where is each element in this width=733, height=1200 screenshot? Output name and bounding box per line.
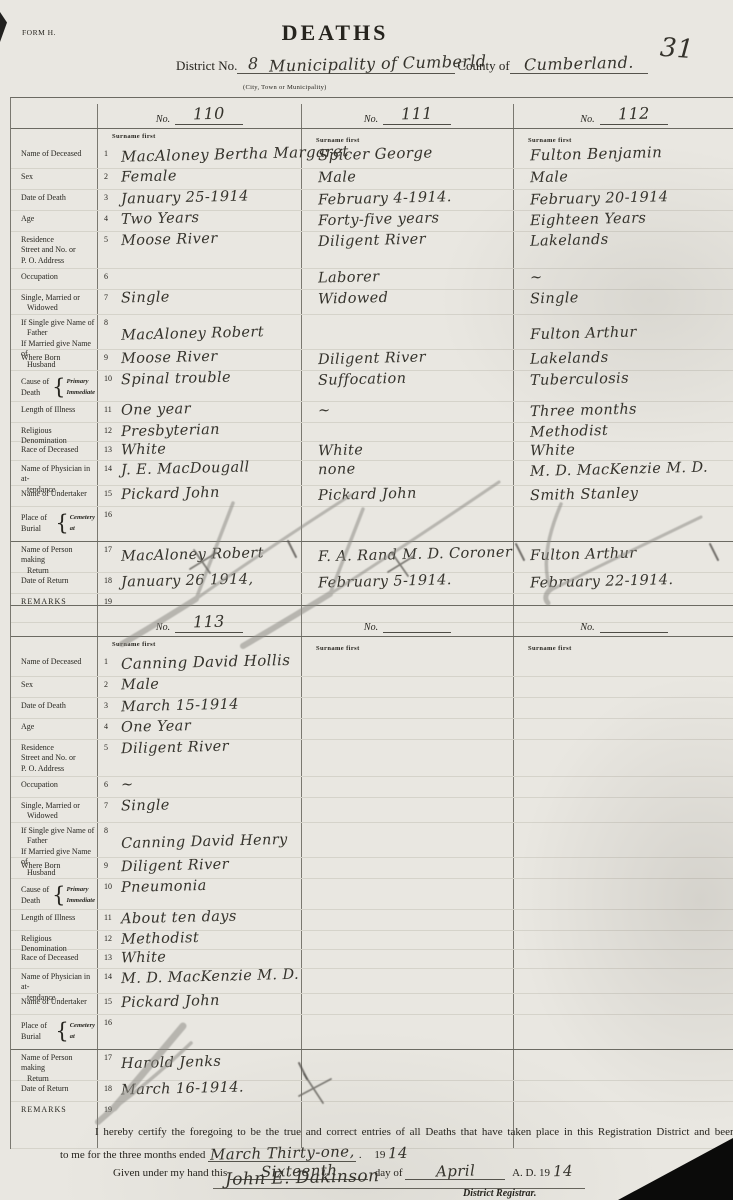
field-value xyxy=(302,981,318,982)
field-value: Spinal trouble xyxy=(117,370,231,389)
row-label-name-of-person-making-return: Name of Person making Return xyxy=(11,542,97,572)
field-value xyxy=(514,824,530,836)
table-row-name-of-undertaker: Name of Undertaker15Pickard John xyxy=(11,994,733,1015)
table-row-cause-of-death: Cause of Death{PrimaryImmediate10Spinal … xyxy=(11,371,733,402)
row-number: 6 xyxy=(98,777,117,789)
field-value: Fulton Benjamin xyxy=(514,144,663,164)
field-value: One year xyxy=(117,401,191,419)
table-row-date-of-return: Date of Return18March 16-1914. xyxy=(11,1081,733,1102)
field-where-born xyxy=(301,858,513,878)
table-row-race-of-deceased: Race of Deceased13White xyxy=(11,950,733,969)
field-sex-110: 2Female xyxy=(97,169,301,189)
table-row-name-of-undertaker: Name of Undertaker15Pickard JohnPickard … xyxy=(11,486,733,507)
record-number-row: No.113No.No. xyxy=(11,606,733,637)
row-number: 16 xyxy=(98,507,117,519)
registrar-label: District Registrar. xyxy=(463,1188,536,1199)
row-label-name-of-undertaker: Name of Undertaker xyxy=(11,486,97,506)
field-name-of-undertaker xyxy=(513,994,733,1014)
row-label-if-single-give-name-of-fathe: If Single give Name of Father If Married… xyxy=(11,315,97,349)
field-value xyxy=(514,731,530,732)
field-value: M. D. MacKenzie M. D. xyxy=(117,967,299,988)
record-number-value: 111 xyxy=(401,104,433,124)
row-label-age: Age xyxy=(11,719,97,739)
field-where-born-113: 9Diligent River xyxy=(97,858,301,878)
field-value: Pickard John xyxy=(117,485,220,504)
field-value xyxy=(117,594,121,595)
field-date-of-return xyxy=(513,1081,733,1101)
field-value xyxy=(302,1027,318,1028)
brace-sub-cemetery: Cemetery xyxy=(70,1021,95,1031)
table-row-name-of-person-making-return: Name of Person making Return17MacAloney … xyxy=(11,542,733,573)
field-place-of-burial-110: 16 xyxy=(97,507,301,541)
row-label-text: Name of Deceased xyxy=(21,149,81,158)
row-label-text: Where Born xyxy=(21,861,60,870)
row-label-residence-street-and-no-or-p: Residence Street and No. or P. O. Addres… xyxy=(11,740,97,776)
district-no-label: District No. xyxy=(176,58,237,74)
table-row-sex: Sex2Male xyxy=(11,677,733,698)
table-row-where-born: Where Born9Diligent River xyxy=(11,858,733,879)
row-label-if-single-give-name-of-fathe: If Single give Name of Father If Married… xyxy=(11,823,97,857)
field-residence-street-and-no-or-p-110: 5Moose River xyxy=(97,232,301,268)
table-row-where-born: Where Born9Moose RiverDiligent RiverLake… xyxy=(11,350,733,371)
returned-line: to me for the three months ended March T… xyxy=(60,1144,408,1162)
row-number: 18 xyxy=(98,573,117,585)
table-row-residence-street-and-no-or-p: Residence Street and No. or P. O. Addres… xyxy=(11,232,733,269)
row-number: 7 xyxy=(98,798,117,810)
row-number: 12 xyxy=(98,423,117,435)
row-label-text: Age xyxy=(21,722,34,731)
field-value: MacAloney Robert xyxy=(117,313,264,344)
table-row-age: Age4One Year xyxy=(11,719,733,740)
row-number: 16 xyxy=(98,1015,117,1027)
field-length-of-illness xyxy=(301,910,513,930)
field-value xyxy=(514,689,530,690)
period-blank: March Thirty-one, xyxy=(208,1144,356,1162)
field-value: Lakelands xyxy=(514,350,609,369)
table-row-length-of-illness: Length of Illness11About ten days xyxy=(11,910,733,931)
field-race-of-deceased-112: White xyxy=(513,442,733,460)
surname-first-hint: Surname first xyxy=(98,637,156,648)
field-value xyxy=(302,1114,318,1115)
row-number: 15 xyxy=(98,994,117,1006)
row-number: 14 xyxy=(98,969,117,981)
row-label-text: Residence Street and No. or P. O. Addres… xyxy=(21,235,76,265)
field-sex xyxy=(301,677,513,697)
row-number: 18 xyxy=(98,1081,117,1093)
field-value xyxy=(302,731,318,732)
field-value xyxy=(514,1006,530,1007)
field-value: February 4-1914. xyxy=(302,189,452,209)
field-value xyxy=(302,519,318,520)
row-number: 1 xyxy=(98,146,117,158)
row-label-name-of-physician-in-at-tend: Name of Physician in at- tendance xyxy=(11,969,97,993)
field-name-of-deceased-111: Spicer George xyxy=(301,146,513,168)
field-value: One Year xyxy=(117,718,191,736)
field-name-of-deceased-113: 1Canning David Hollis xyxy=(97,654,301,676)
field-value: Tuberculosis xyxy=(514,371,629,390)
row-label-text: Place of Burial xyxy=(21,513,53,534)
table-row-residence-street-and-no-or-p: Residence Street and No. or P. O. Addres… xyxy=(11,740,733,777)
field-value: Spicer George xyxy=(302,144,433,164)
field-length-of-illness-110: 11One year xyxy=(97,402,301,422)
field-length-of-illness-113: 11About ten days xyxy=(97,910,301,930)
field-value: Diligent River xyxy=(302,231,426,250)
field-race-of-deceased-110: 13White xyxy=(97,442,301,460)
field-date-of-return-112: February 22-1914. xyxy=(513,573,733,593)
field-place-of-burial xyxy=(513,1015,733,1049)
record-number-cell-111: No.111 xyxy=(301,104,513,128)
row-label-text: Date of Death xyxy=(21,193,66,202)
field-value: Smith Stanley xyxy=(514,485,639,504)
field-occupation-113: 6~ xyxy=(97,777,301,797)
field-value xyxy=(514,789,530,790)
field-place-of-burial-111 xyxy=(301,507,513,541)
field-age xyxy=(301,719,513,739)
row-label-text: Cause of Death xyxy=(21,377,50,398)
row-number: 9 xyxy=(98,350,117,362)
field-age-113: 4One Year xyxy=(97,719,301,739)
field-date-of-death xyxy=(513,698,733,718)
row-number: 3 xyxy=(98,698,117,710)
surname-first-hint: Surname first xyxy=(302,641,360,652)
field-value: Laborer xyxy=(302,269,380,287)
field-age xyxy=(513,719,733,739)
field-occupation-111: Laborer xyxy=(301,269,513,289)
row-label-text: Occupation xyxy=(21,780,58,789)
field-value xyxy=(117,1102,121,1103)
field-cause-of-death-111: Suffocation xyxy=(301,371,513,401)
field-sex-113: 2Male xyxy=(97,677,301,697)
row-label-length-of-illness: Length of Illness xyxy=(11,402,97,422)
surname-first-hint: Surname first xyxy=(98,129,156,140)
table-row-single-married-or-widowed: Single, Married or Widowed7SingleWidowed… xyxy=(11,290,733,315)
record-number-value: 113 xyxy=(193,612,225,632)
field-value: March 16-1914. xyxy=(117,1079,244,1098)
field-if-single-give-name-of-fathe-110: 8MacAloney Robert xyxy=(97,315,301,349)
field-name-of-physician-in-at-tend xyxy=(301,969,513,993)
field-value: Methodist xyxy=(117,930,199,948)
field-name-of-person-making-return xyxy=(513,1050,733,1080)
certify-line: I hereby certify the foregoing to be the… xyxy=(95,1126,733,1138)
brace-glyph: { xyxy=(55,1018,68,1045)
table-row-date-of-return: Date of Return18January 26 1914,February… xyxy=(11,573,733,594)
field-occupation xyxy=(301,777,513,797)
row-label-religious-denomination: Religious Denomination xyxy=(11,931,97,949)
field-remarks-113: 19 xyxy=(97,1102,301,1148)
field-age-110: 4Two Years xyxy=(97,211,301,231)
district-line: District No. 8 Municipality of Cumberld … xyxy=(176,54,648,74)
row-label-age: Age xyxy=(11,211,97,231)
row-label-name-of-deceased: Name of Deceased xyxy=(11,146,97,168)
field-value xyxy=(514,519,530,520)
row-label-text: Residence Street and No. or P. O. Addres… xyxy=(21,743,76,773)
brace-sub-primary: Primary xyxy=(66,885,95,895)
page-number: 31 xyxy=(659,33,695,65)
row-number: 13 xyxy=(98,950,117,962)
brace-sublabels: Cemeteryat xyxy=(70,1021,95,1042)
row-label-name-of-person-making-return: Name of Person making Return xyxy=(11,1050,97,1080)
table-row-religious-denomination: Religious Denomination12PresbyterianMeth… xyxy=(11,423,733,442)
county-blank: Cumberland. xyxy=(510,54,648,74)
table-row-name-of-physician-in-at-tend: Name of Physician in at- tendance14M. D.… xyxy=(11,969,733,994)
table-row-date-of-death: Date of Death3January 25-1914February 4-… xyxy=(11,190,733,211)
field-name-of-physician-in-at-tend-112: M. D. MacKenzie M. D. xyxy=(513,461,733,485)
no-label: No. xyxy=(156,622,170,633)
record-number-cell-113: No.113 xyxy=(97,612,301,636)
field-value: Canning David Henry xyxy=(117,821,288,852)
row-number: 11 xyxy=(98,402,117,414)
row-number: 4 xyxy=(98,719,117,731)
field-religious-denomination-111 xyxy=(301,423,513,441)
field-value xyxy=(514,943,530,944)
row-number: 8 xyxy=(98,823,117,835)
brace-sublabels: PrimaryImmediate xyxy=(66,885,95,906)
registrar-signature: John E. Dakinson xyxy=(225,1166,380,1190)
field-value xyxy=(302,891,318,892)
field-value xyxy=(117,507,121,508)
field-where-born-111: Diligent River xyxy=(301,350,513,370)
brace-sublabels: Cemeteryat xyxy=(70,513,95,534)
field-religious-denomination-110: 12Presbyterian xyxy=(97,423,301,441)
row-number: 7 xyxy=(98,290,117,302)
row-label-text: Length of Illness xyxy=(21,405,75,414)
field-value: MacAloney Robert xyxy=(117,540,264,565)
death-register-page: FORM H. DEATHS 31 District No. 8 Municip… xyxy=(0,0,733,1200)
field-occupation-112: ~ xyxy=(513,269,733,289)
field-value xyxy=(302,870,318,871)
field-religious-denomination-112: Methodist xyxy=(513,423,733,441)
row-label-text: Name of Deceased xyxy=(21,657,81,666)
row-label-length-of-illness: Length of Illness xyxy=(11,910,97,930)
field-name-of-physician-in-at-tend-110: 14J. E. MacDougall xyxy=(97,461,301,485)
field-value: Diligent River xyxy=(117,739,229,758)
field-value xyxy=(514,981,530,982)
table-row-name-of-physician-in-at-tend: Name of Physician in at- tendance14J. E.… xyxy=(11,461,733,486)
field-value xyxy=(514,922,530,923)
record-number-blank xyxy=(383,614,451,633)
field-date-of-return-110: 18January 26 1914, xyxy=(97,573,301,593)
field-value: Forty-five years xyxy=(302,210,440,230)
row-label-text: Race of Deceased xyxy=(21,445,78,454)
field-value: Suffocation xyxy=(302,371,407,390)
field-value: Single xyxy=(514,290,579,308)
field-name-of-physician-in-at-tend-113: 14M. D. MacKenzie M. D. xyxy=(97,969,301,993)
field-name-of-deceased-112: Fulton Benjamin xyxy=(513,146,733,168)
field-value: Fulton Arthur xyxy=(514,314,637,344)
no-label: No. xyxy=(364,622,378,633)
brace-glyph: { xyxy=(52,882,65,909)
field-single-married-or-widowed-112: Single xyxy=(513,290,733,314)
row-label-date-of-death: Date of Death xyxy=(11,190,97,210)
row-label-place-of-burial: Place of Burial{Cemeteryat xyxy=(11,507,97,541)
field-value: Three months xyxy=(514,402,637,421)
surname-first-hint: Surname first xyxy=(514,641,572,652)
field-occupation-110: 6 xyxy=(97,269,301,289)
field-value: February 5-1914. xyxy=(302,572,452,592)
field-value xyxy=(302,1006,318,1007)
field-value: Diligent River xyxy=(117,857,229,876)
row-label-text: Sex xyxy=(21,172,33,181)
record-number-blank xyxy=(600,614,668,633)
field-value: Presbyterian xyxy=(117,422,220,441)
form-label: FORM H. xyxy=(22,28,56,37)
row-label-remarks: REMARKS xyxy=(11,1102,97,1148)
field-date-of-return-111: February 5-1914. xyxy=(301,573,513,593)
field-value: Pneumonia xyxy=(117,878,207,896)
field-value xyxy=(514,810,530,811)
field-value xyxy=(514,1093,530,1094)
row-number: 8 xyxy=(98,315,117,327)
field-value: J. E. MacDougall xyxy=(117,459,250,478)
field-value: Moose River xyxy=(117,231,218,250)
field-value: Male xyxy=(117,676,160,693)
brace-sub-at: at xyxy=(70,1032,95,1042)
field-value: Two Years xyxy=(117,210,200,228)
brace-sublabels: PrimaryImmediate xyxy=(66,377,95,398)
table-row-sex: Sex2FemaleMaleMale xyxy=(11,169,733,190)
field-date-of-death-112: February 20-1914 xyxy=(513,190,733,210)
field-date-of-death xyxy=(301,698,513,718)
field-name-of-deceased xyxy=(513,654,733,676)
row-number: 15 xyxy=(98,486,117,498)
field-name-of-undertaker-112: Smith Stanley xyxy=(513,486,733,506)
brace-sub-primary: Primary xyxy=(66,377,95,387)
county-value: Cumberland. xyxy=(524,53,634,75)
field-value xyxy=(302,689,318,690)
field-occupation xyxy=(513,777,733,797)
row-number: 2 xyxy=(98,677,117,689)
row-label-residence-street-and-no-or-p: Residence Street and No. or P. O. Addres… xyxy=(11,232,97,268)
field-cause-of-death-113: 10Pneumonia xyxy=(97,879,301,909)
row-number: 10 xyxy=(98,879,117,891)
field-value: Lakelands xyxy=(514,232,609,251)
field-value xyxy=(302,943,318,944)
record-number-cell-l-2: No. xyxy=(301,614,513,636)
field-place-of-burial-113: 16 xyxy=(97,1015,301,1049)
field-value xyxy=(514,870,530,871)
record-number-row: No.110No.111No.112 xyxy=(11,98,733,129)
record-number-cell-110: No.110 xyxy=(97,104,301,128)
field-name-of-person-making-return-110: 17MacAloney Robert xyxy=(97,542,301,572)
row-number: 2 xyxy=(98,169,117,181)
row-label-text: Date of Return xyxy=(21,576,69,585)
row-number: 5 xyxy=(98,232,117,244)
field-value: White xyxy=(117,441,167,458)
field-value xyxy=(302,810,318,811)
field-value: January 26 1914, xyxy=(117,571,254,591)
table-row-date-of-death: Date of Death3March 15-1914 xyxy=(11,698,733,719)
surname-first-hint: Surname first xyxy=(514,133,572,144)
field-value xyxy=(302,824,318,836)
field-single-married-or-widowed xyxy=(301,798,513,822)
row-label-name-of-physician-in-at-tend: Name of Physician in at- tendance xyxy=(11,461,97,485)
field-value xyxy=(514,752,530,753)
field-single-married-or-widowed-110: 7Single xyxy=(97,290,301,314)
field-if-single-give-name-of-fathe-111 xyxy=(301,315,513,349)
field-value xyxy=(514,1114,530,1115)
field-name-of-person-making-return-111: F. A. Rand M. D. Coroner xyxy=(301,542,513,572)
field-religious-denomination xyxy=(513,931,733,949)
field-name-of-person-making-return-112: Fulton Arthur xyxy=(513,542,733,572)
field-name-of-deceased-110: 1MacAloney Bertha Margaret xyxy=(97,146,301,168)
field-single-married-or-widowed-111: Widowed xyxy=(301,290,513,314)
field-value xyxy=(117,1015,121,1016)
field-value xyxy=(514,710,530,711)
field-value xyxy=(302,922,318,923)
field-date-of-death-113: 3March 15-1914 xyxy=(97,698,301,718)
row-label-text: Name of Person making Return xyxy=(21,545,75,575)
row-label-place-of-burial: Place of Burial{Cemeteryat xyxy=(11,1015,97,1049)
surname-hint-cell: Surname first xyxy=(301,637,513,654)
no-label: No. xyxy=(580,114,594,125)
table-row-place-of-burial: Place of Burial{Cemeteryat16 xyxy=(11,1015,733,1050)
row-label-text: Place of Burial xyxy=(21,1021,53,1042)
row-number: 4 xyxy=(98,211,117,223)
municipality-blank: Municipality of Cumberld xyxy=(269,54,455,74)
record-number-value: 112 xyxy=(617,104,649,124)
row-number: 17 xyxy=(98,542,117,554)
field-sex xyxy=(513,677,733,697)
municipality-hint: (City, Town or Municipality) xyxy=(243,84,327,91)
row-label-text: Name of Undertaker xyxy=(21,489,87,498)
field-residence-street-and-no-or-p-113: 5Diligent River xyxy=(97,740,301,776)
row-label-date-of-return: Date of Return xyxy=(11,573,97,593)
row-number: 12 xyxy=(98,931,117,943)
row-label-name-of-undertaker: Name of Undertaker xyxy=(11,994,97,1014)
register-table-upper: No.110No.111No.112Surname firstSurname f… xyxy=(10,97,733,623)
row-label-text: Occupation xyxy=(21,272,58,281)
field-age-111: Forty-five years xyxy=(301,211,513,231)
row-label-single-married-or-widowed: Single, Married or Widowed xyxy=(11,290,97,314)
surname-hint-row: Surname firstSurname firstSurname first xyxy=(11,637,733,654)
field-age-112: Eighteen Years xyxy=(513,211,733,231)
field-cause-of-death xyxy=(301,879,513,909)
field-race-of-deceased-111: White xyxy=(301,442,513,460)
field-value: Male xyxy=(514,169,569,187)
field-value xyxy=(302,1057,318,1063)
field-value xyxy=(302,710,318,711)
table-row-place-of-burial: Place of Burial{Cemeteryat16 xyxy=(11,507,733,542)
field-race-of-deceased xyxy=(301,950,513,968)
row-label-where-born: Where Born xyxy=(11,858,97,878)
row-number: 14 xyxy=(98,461,117,473)
field-name-of-undertaker xyxy=(301,994,513,1014)
row-label-text: Name of Undertaker xyxy=(21,997,87,1006)
field-race-of-deceased xyxy=(513,950,733,968)
row-number: 11 xyxy=(98,910,117,922)
row-label-text: Date of Death xyxy=(21,701,66,710)
field-value: March 15-1914 xyxy=(117,697,239,716)
row-label-race-of-deceased: Race of Deceased xyxy=(11,950,97,968)
field-date-of-death-111: February 4-1914. xyxy=(301,190,513,210)
field-value: Harold Jenks xyxy=(117,1049,222,1073)
register-table-lower: No.113No.No.Surname firstSurname firstSu… xyxy=(10,605,733,1149)
field-remarks xyxy=(513,1102,733,1148)
field-value: Canning David Hollis xyxy=(117,652,291,673)
row-label-sex: Sex xyxy=(11,677,97,697)
row-label-race-of-deceased: Race of Deceased xyxy=(11,442,97,460)
table-row-if-single-give-name-of-fathe: If Single give Name of Father If Married… xyxy=(11,823,733,858)
field-name-of-deceased xyxy=(301,654,513,676)
field-if-single-give-name-of-fathe-112: Fulton Arthur xyxy=(513,315,733,349)
field-name-of-person-making-return-113: 17Harold Jenks xyxy=(97,1050,301,1080)
row-label-religious-denomination: Religious Denomination xyxy=(11,423,97,441)
field-name-of-physician-in-at-tend-111: none xyxy=(301,461,513,485)
table-row-occupation: Occupation6Laborer~ xyxy=(11,269,733,290)
municipality-value: Municipality of Cumberld xyxy=(269,51,487,75)
field-value: February 22-1914. xyxy=(514,572,674,592)
period-year-value: 14 xyxy=(388,1144,408,1162)
